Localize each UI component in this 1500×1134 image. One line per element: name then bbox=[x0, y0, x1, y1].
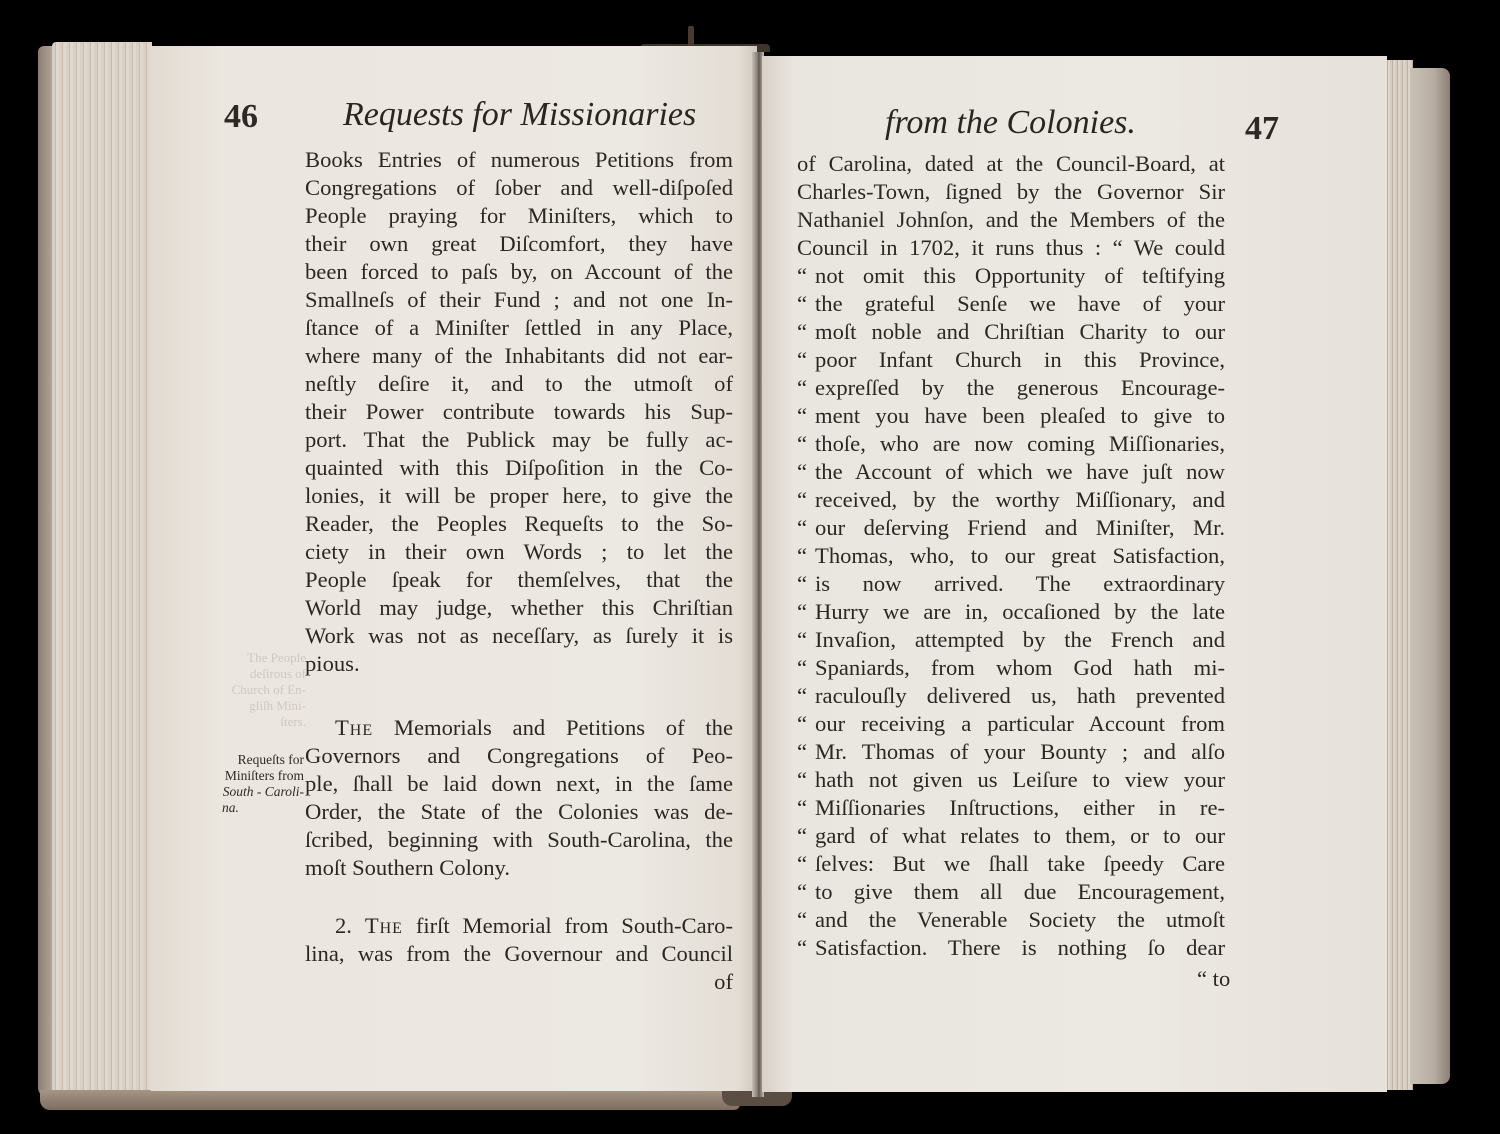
quote-mark: “ bbox=[797, 655, 807, 680]
right-page-block-edge bbox=[1385, 60, 1413, 1090]
quote-mark: “ bbox=[797, 403, 807, 428]
text-line: ſcribed, beginning with South-Carolina, … bbox=[305, 826, 733, 854]
text-line: “and the Venerable Society the utmoſt bbox=[797, 906, 1225, 934]
text-line: “ment you have been pleaſed to give to bbox=[797, 402, 1225, 430]
quote-mark: “ bbox=[797, 823, 807, 848]
quote-mark: “ bbox=[797, 291, 807, 316]
text-line: “poor Infant Church in this Province, bbox=[797, 346, 1225, 374]
text-line: “expreſſed by the generous Encourage- bbox=[797, 374, 1225, 402]
text-line: their own great Diſcomfort, they have bbox=[305, 230, 733, 258]
quote-mark: “ bbox=[797, 347, 807, 372]
text-line: Governors and Congregations of Peo- bbox=[305, 742, 733, 770]
text-line: ſtance of a Miniſter ſettled in any Plac… bbox=[305, 314, 733, 342]
right-body-text: of Carolina, dated at the Council-Board,… bbox=[797, 150, 1225, 962]
text-line: “ſelves: But we ſhall take ſpeedy Care bbox=[797, 850, 1225, 878]
text-line: “hath not given us Leiſure to view your bbox=[797, 766, 1225, 794]
right-cover-edge bbox=[1410, 68, 1450, 1084]
quote-mark: “ bbox=[797, 375, 807, 400]
quote-mark: “ bbox=[797, 431, 807, 456]
catchword-right: “ to bbox=[1197, 966, 1230, 992]
text-line: neſtly deſire it, and to the utmoſt of bbox=[305, 370, 733, 398]
quote-mark: “ bbox=[797, 319, 807, 344]
quote-mark: “ bbox=[797, 907, 807, 932]
text-line: ple, ſhall be laid down next, in the ſam… bbox=[305, 770, 733, 798]
quote-mark: “ bbox=[797, 879, 807, 904]
text-line: ciety in their own Words ; to let the bbox=[305, 538, 733, 566]
text-line: Charles-Town, ſigned by the Governor Sir bbox=[797, 178, 1225, 206]
text-line: port. That the Publick may be fully ac- bbox=[305, 426, 733, 454]
text-line: been forced to paſs by, on Account of th… bbox=[305, 258, 733, 286]
text-line: “Invaſion, attempted by the French and bbox=[797, 626, 1225, 654]
text-line: “the Account of which we have juſt now bbox=[797, 458, 1225, 486]
small-caps-lead: The bbox=[365, 913, 403, 938]
left-bottom-cover bbox=[40, 1090, 740, 1110]
text-line: “received, by the worthy Miſſionary, and bbox=[797, 486, 1225, 514]
running-head-left: Requests for Missionaries bbox=[343, 96, 696, 134]
quote-mark: “ bbox=[797, 515, 807, 540]
text-line: Nathaniel Johnſon, and the Members of th… bbox=[797, 206, 1225, 234]
text-line: lina, was from the Governour and Council bbox=[305, 940, 733, 968]
text-line: quainted with this Diſpoſition in the Co… bbox=[305, 454, 733, 482]
quote-mark: “ bbox=[797, 543, 807, 568]
text-line: “Mr. Thomas of your Bounty ; and alſo bbox=[797, 738, 1225, 766]
quote-mark: “ bbox=[797, 795, 807, 820]
quote-mark: “ bbox=[797, 627, 807, 652]
text-line: lonies, it will be proper here, to give … bbox=[305, 482, 733, 510]
text-line: moſt Southern Colony. bbox=[305, 854, 733, 882]
text-line: of Carolina, dated at the Council-Board,… bbox=[797, 150, 1225, 178]
text-line: Order, the State of the Colonies was de- bbox=[305, 798, 733, 826]
quote-mark: “ bbox=[797, 599, 807, 624]
quote-mark: “ bbox=[797, 851, 807, 876]
text-line: “Satisfaction. There is nothing ſo dear bbox=[797, 934, 1225, 962]
page-number-right: 47 bbox=[1245, 110, 1279, 148]
text-line: Work was not as neceſſary, as ſurely it … bbox=[305, 622, 733, 650]
text-line: Smallneſs of their Fund ; and not one In… bbox=[305, 286, 733, 314]
text-line: “our deſerving Friend and Miniſter, Mr. bbox=[797, 514, 1225, 542]
text-line: “not omit this Opportunity of teſtifying bbox=[797, 262, 1225, 290]
left-page-block-edge bbox=[52, 42, 152, 1104]
text-line: “thoſe, who are now coming Miſſionaries, bbox=[797, 430, 1225, 458]
text-line: “raculouſly delivered us, hath prevented bbox=[797, 682, 1225, 710]
quote-mark: “ bbox=[797, 935, 807, 960]
text-line: Congregations of ſober and well-diſpoſed bbox=[305, 174, 733, 202]
margin-note: Requeſts for Miniſters from South - Caro… bbox=[190, 752, 304, 816]
paragraph-number: 2. bbox=[335, 913, 352, 938]
text-line: “is now arrived. The extraordinary bbox=[797, 570, 1225, 598]
left-body-text: Books Entries of numerous Petitions from… bbox=[305, 146, 733, 996]
paragraph-opening-line: 2. The firſt Memorial from South-Caro- bbox=[305, 912, 733, 940]
quote-mark: “ bbox=[797, 487, 807, 512]
page-number-left: 46 bbox=[224, 98, 258, 136]
text-line: “Hurry we are in, occaſioned by the late bbox=[797, 598, 1225, 626]
quote-mark: “ bbox=[797, 459, 807, 484]
text-line: People praying for Miniſters, which to bbox=[305, 202, 733, 230]
quote-mark: “ bbox=[797, 683, 807, 708]
text-line: “gard of what relates to them, or to our bbox=[797, 822, 1225, 850]
open-book: 46 Requests for Missionaries The People … bbox=[0, 0, 1500, 1134]
small-caps-lead: The bbox=[335, 715, 373, 740]
quote-mark: “ bbox=[797, 739, 807, 764]
text-line: “Spaniards, from whom God hath mi- bbox=[797, 654, 1225, 682]
text-line: “our receiving a particular Account from bbox=[797, 710, 1225, 738]
quote-mark: “ bbox=[797, 767, 807, 792]
text-line: “Miſſionaries Inſtructions, either in re… bbox=[797, 794, 1225, 822]
text-line: People ſpeak for themſelves, that the bbox=[305, 566, 733, 594]
text-line: “moſt noble and Chriſtian Charity to our bbox=[797, 318, 1225, 346]
text-line: pious. bbox=[305, 650, 733, 678]
quote-mark: “ bbox=[797, 571, 807, 596]
bookmark-ribbon bbox=[688, 26, 694, 48]
text-line: Council in 1702, it runs thus : “ We cou… bbox=[797, 234, 1225, 262]
text-line: where many of the Inhabitants did not ea… bbox=[305, 342, 733, 370]
text-line: “the grateful Senſe we have of your bbox=[797, 290, 1225, 318]
running-head-right: from the Colonies. bbox=[885, 104, 1136, 142]
text-line: “to give them all due Encouragement, bbox=[797, 878, 1225, 906]
text-line: Books Entries of numerous Petitions from bbox=[305, 146, 733, 174]
quote-mark: “ bbox=[797, 711, 807, 736]
quote-mark: “ bbox=[797, 263, 807, 288]
text-line: “Thomas, who, to our great Satisfaction, bbox=[797, 542, 1225, 570]
show-through-margin-note: The People deſirous of Church of En- gli… bbox=[196, 650, 306, 730]
text-line: Reader, the Peoples Requeſts to the So- bbox=[305, 510, 733, 538]
catchword-left: of bbox=[305, 968, 733, 996]
paragraph-opening-line: The Memorials and Petitions of the bbox=[305, 714, 733, 742]
text-line: World may judge, whether this Chriſtian bbox=[305, 594, 733, 622]
text-line: their Power contribute towards his Sup- bbox=[305, 398, 733, 426]
